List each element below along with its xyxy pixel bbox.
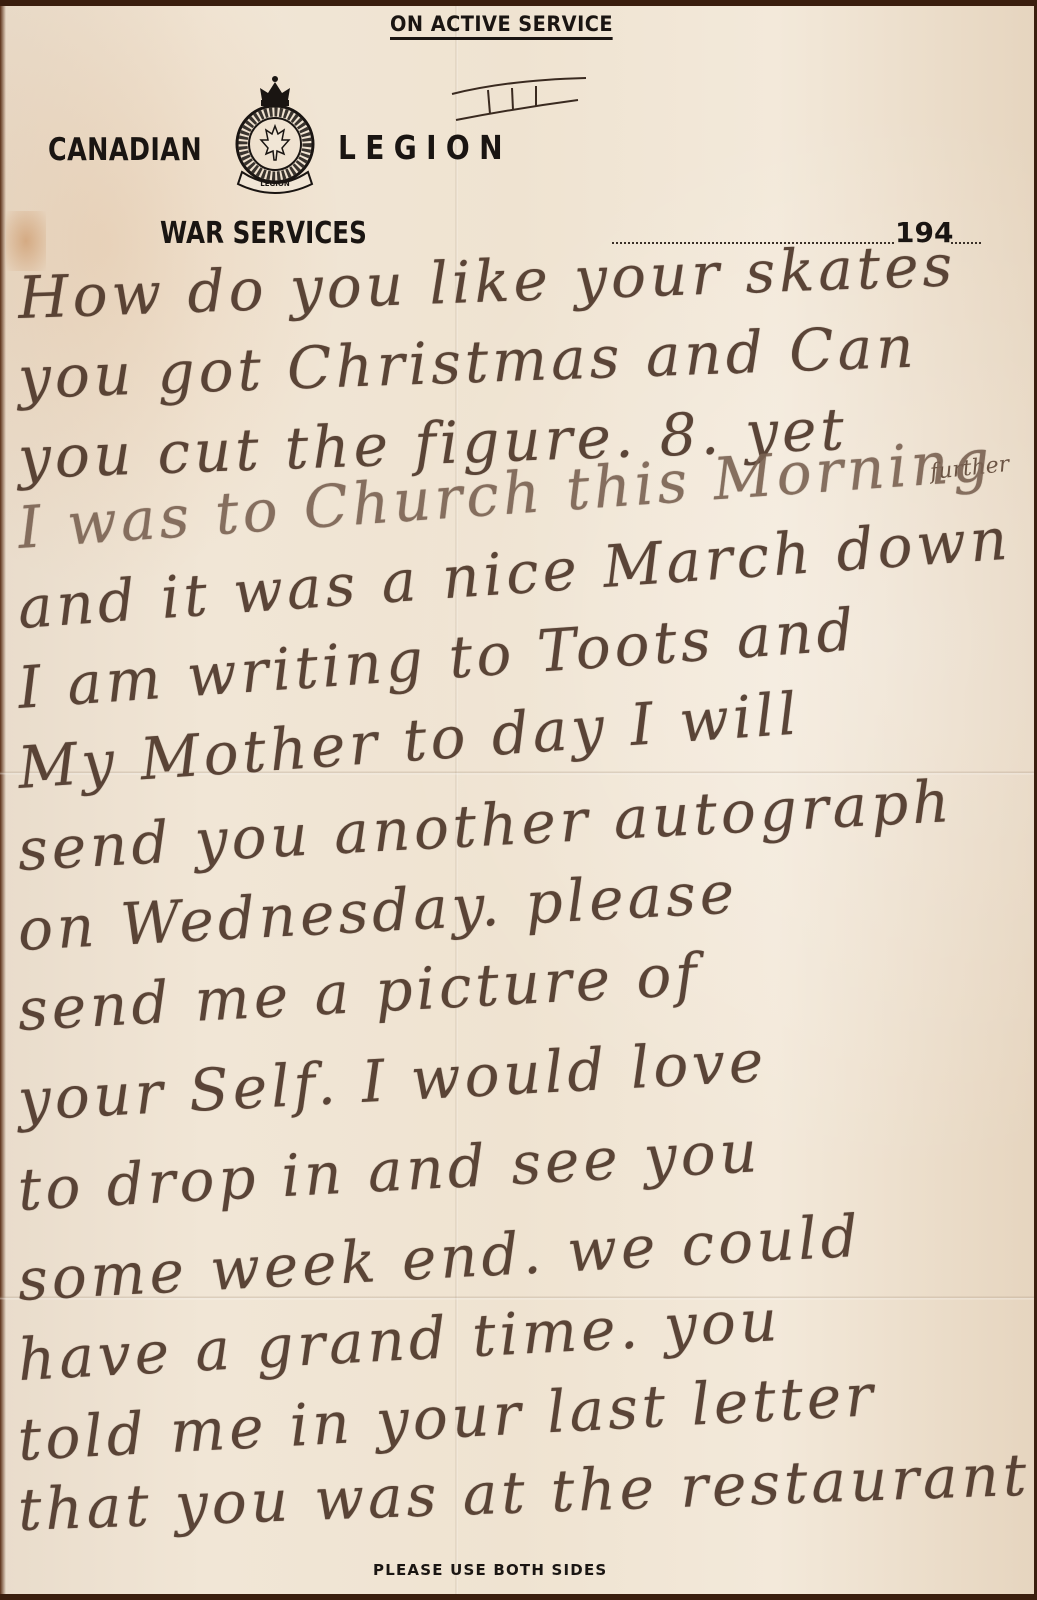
svg-text:LEGION: LEGION: [260, 180, 290, 188]
legion-crest-icon: LEGION: [232, 74, 318, 196]
org-name-canadian: CANADIAN: [48, 132, 202, 168]
page-number-mark: [448, 72, 598, 132]
footer-instruction: PLEASE USE BOTH SIDES: [373, 1561, 607, 1579]
handwritten-line: your Self. I would love: [16, 1027, 769, 1134]
handwritten-line: to drop in and see you: [16, 1117, 762, 1224]
on-active-service-heading: ON ACTIVE SERVICE: [390, 12, 613, 40]
org-name-legion: LEGION: [338, 128, 512, 167]
war-services-label: WAR SERVICES: [160, 216, 367, 251]
letter-sheet: ON ACTIVE SERVICE CANADIAN LEGION LEGION: [0, 6, 1034, 1594]
paper-stain: [6, 211, 46, 271]
